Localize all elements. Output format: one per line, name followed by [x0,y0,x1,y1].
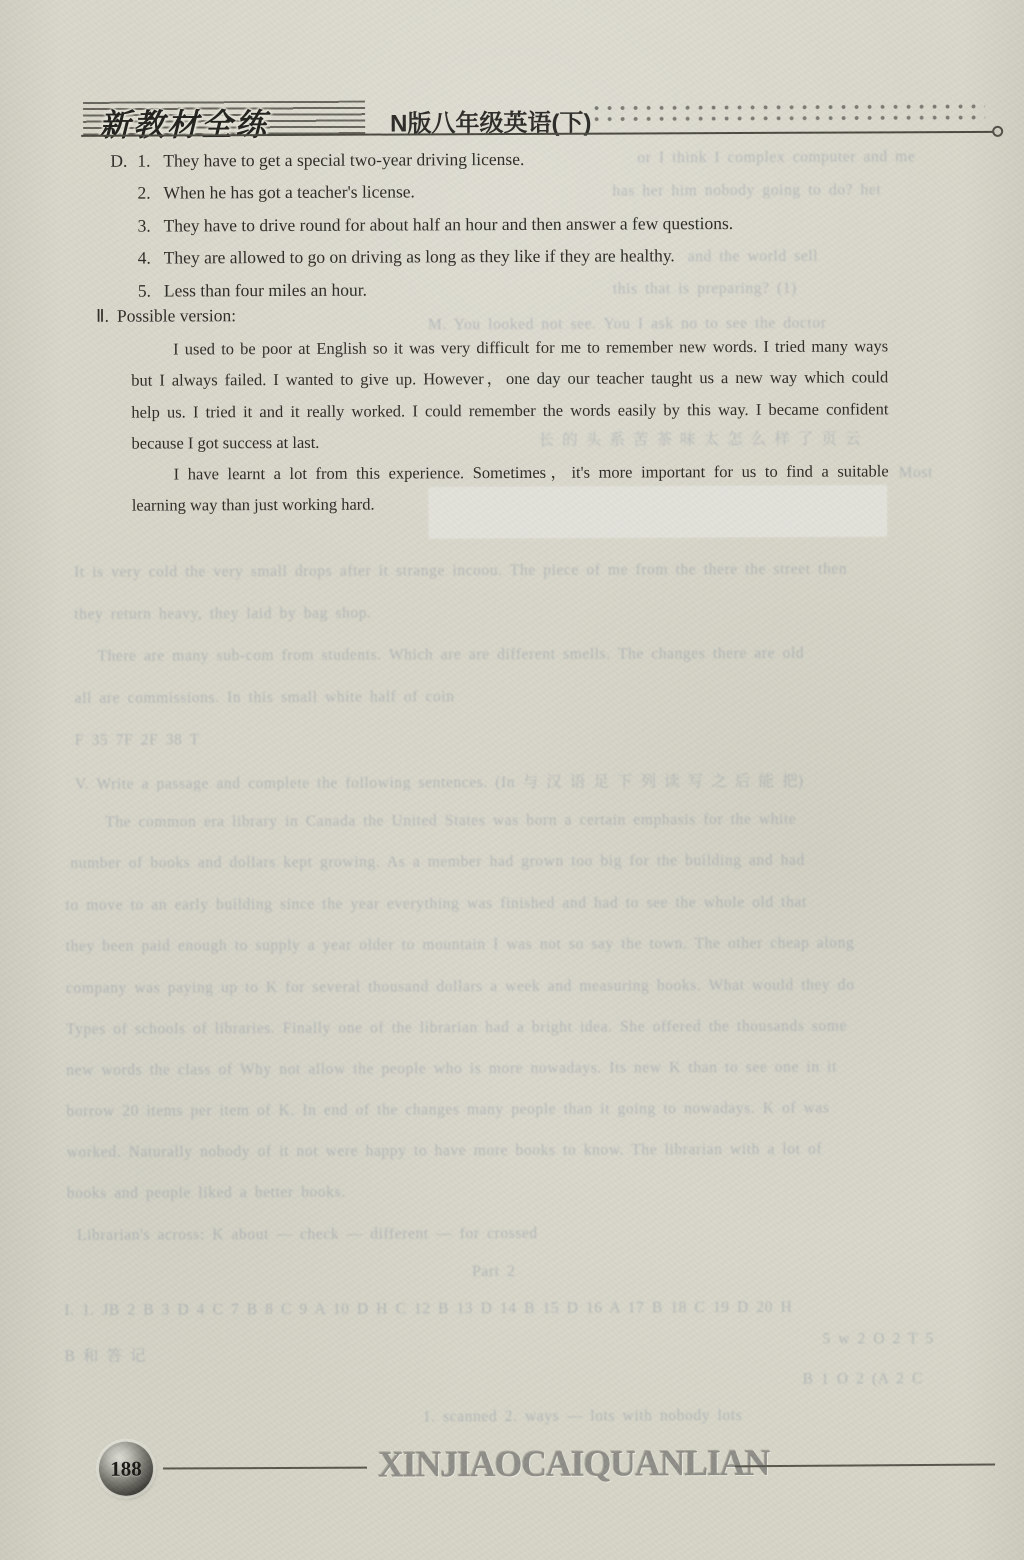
header-rule-end-circle [992,126,1003,137]
ghost-text-line: There are many sub-com from students. Wh… [97,644,959,668]
ghost-text-line: all are commissions. In this small white… [75,688,505,710]
section-label-spacer [111,242,138,275]
ghost-text-line: It is very cold the very small drops aft… [74,560,959,584]
item-number: 4. [138,242,164,275]
ghost-text-line: borrow 20 items per item of K. In end of… [66,1099,961,1123]
item-text: Less than four miles an hour. [164,273,367,306]
section-label-spacer [110,177,137,210]
ghost-text-line: F 35 7F 2F 38 T [75,730,405,751]
section-label: Ⅱ. [96,306,109,326]
essay-line: because I got success at last. [131,424,888,459]
page-header: 新教材全练 N版八年级英语(下) [0,0,1021,2]
ghost-text-line: B 1 O 2 (A 2 C [803,1370,983,1391]
answer-row: D. 1. They have to get a special two-yea… [110,141,870,177]
ghost-text-line: Part 2 [472,1263,582,1283]
possible-version-heading: Possible version: [117,305,236,326]
page-number-badge: 188 [99,1442,153,1496]
page-content: 新教材全练 N版八年级英语(下) or I think I complex co… [0,0,1024,1560]
ghost-text-line: B 和 答 记 [64,1343,204,1364]
dots-decoration [589,100,985,124]
page-footer: 188 XINJIAOCAIQUANLIAN [0,0,1021,2]
ghost-text-line: number of books and dollars kept growing… [70,851,960,875]
answer-row: 3. They have to drive round for about ha… [111,206,871,242]
item-number: 3. [138,209,164,242]
series-logo: 新教材全练 [99,99,369,145]
footer-rule-right [735,1464,995,1468]
item-text: When he has got a teacher's license. [163,176,415,210]
item-number: 5. [138,274,164,307]
ghost-text-line: Types of schools of libraries. Finally o… [66,1017,961,1041]
ghost-text-line: to move to an early building since the y… [66,893,961,917]
ghost-text-line: The common era library in Canada the Uni… [105,810,960,834]
ghost-text-line: they return heavy, they laid by bag shop… [74,604,464,626]
item-text: They are allowed to go on driving as lon… [164,240,675,275]
ghost-text-line: Librarian's across: K about — check — di… [77,1224,697,1247]
answer-row: 5. Less than four miles an hour. [111,271,871,307]
item-text: They have to drive round for about half … [164,207,734,242]
ghost-text-line: books and people liked a better books. [67,1182,667,1205]
section-label: D. [110,145,137,178]
ghost-text-line: company was paying up to K for several t… [66,976,961,1000]
page-number: 188 [110,1456,142,1481]
answer-row: 2. When he has got a teacher's license. [110,174,870,210]
essay-line: I used to be poor at English so it was v… [131,330,888,365]
answer-section-2-heading: Ⅱ.Possible version: [96,305,236,327]
whiteout-patch [429,485,887,538]
ghost-text-line: they been paid enough to supply a year o… [66,934,961,958]
section-label-spacer [111,274,138,307]
ghost-text-line: new words the class of Why not allow the… [66,1058,961,1082]
section-label-spacer [111,209,138,242]
ghost-text-line: I. 1. JB 2 B 3 D 4 C 7 B 8 C 9 A 10 D H … [64,1298,964,1322]
essay-line: help us. I tried it and it really worked… [131,393,888,428]
answer-section-d: D. 1. They have to get a special two-yea… [110,141,871,306]
item-number: 1. [137,145,163,178]
footer-rule-left [163,1467,367,1470]
essay-line: but I always failed. I wanted to give up… [131,362,888,397]
ghost-text-line: 1. scanned 2. ways — lots with nobody lo… [423,1406,923,1428]
footer-banner-text: XINJIAOCAIQUANLIAN [378,1442,722,1486]
ghost-text-line: Most [899,464,989,484]
ghost-text-line: 5 w 2 O 2 T 5 [822,1330,982,1351]
item-number: 2. [137,177,163,210]
item-text: They have to get a special two-year driv… [163,143,524,177]
ghost-text-line: V. Write a passage and complete the foll… [75,768,960,792]
ghost-text-line: worked. Naturally nobody of it not were … [67,1140,962,1164]
answer-row: 4. They are allowed to go on driving as … [111,239,871,275]
scanned-workbook-page: 新教材全练 N版八年级英语(下) or I think I complex co… [0,0,1024,1560]
